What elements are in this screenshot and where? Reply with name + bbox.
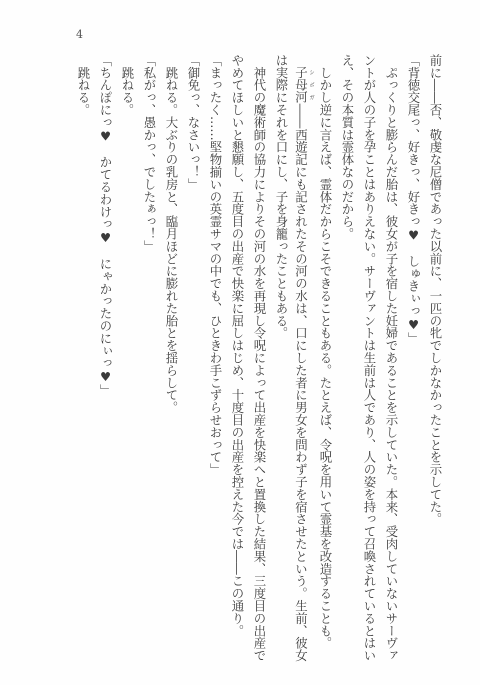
paragraph-narration: しかし逆に言えば、霊体だからこそできることもある。たとえば、令呪を用いて霊基を改… bbox=[314, 54, 336, 679]
paragraph-narration: ぷっくりと膨らんだ胎は、彼女が子を宿した妊婦であることを示していた。本来、受肉し… bbox=[336, 54, 402, 679]
paragraph-narration: 跳ねる。大ぶりの乳房と、臨月ほどに膨れた胎とを揺らして。 bbox=[160, 54, 182, 679]
text-line: 神代の魔術師の協力によりその河の水を再現し令呪によって出産を快楽へと置換した結果… bbox=[248, 54, 270, 679]
text-line: 「私がっ、愚かっ、でしたぁっ！」 bbox=[138, 54, 160, 679]
ruby-term: 子母河シボガ bbox=[294, 66, 309, 103]
text-line: 跳ねる。 bbox=[72, 54, 94, 679]
vertical-text-body: 前に――否、敬虔な尼僧であった以前に、一匹の牝でしかなかったことを示してた。 「… bbox=[72, 54, 446, 679]
paragraph-narration: 神代の魔術師の協力によりその河の水を再現し令呪によって出産を快楽へと置換した結果… bbox=[226, 54, 270, 679]
text-line: 「御免っ、なさいっ！」 bbox=[182, 54, 204, 679]
text-line: 「まったく……堅物揃いの英霊サマの中でも、ひときわ手こずらせおって」 bbox=[204, 54, 226, 679]
text-line: 前に――否、敬虔な尼僧であった以前に、一匹の牝でしかなかったことを示してた。 bbox=[424, 54, 446, 679]
paragraph-narration: 子母河シボガ――西遊記にも記されたその河の水は、口にした者に男女を問わず子を宿さ… bbox=[270, 54, 314, 679]
paragraph-narration: 跳ねる。 bbox=[116, 54, 138, 679]
paragraph-dialogue: 「私がっ、愚かっ、でしたぁっ！」 bbox=[138, 54, 160, 679]
text-line: 「背徳交尾っ、好きっ、好きっ♥ しゅきぃっ♥」 bbox=[402, 54, 424, 679]
text-line: しかし逆に言えば、霊体だからこそできることもある。たとえば、令呪を用いて霊基を改… bbox=[314, 54, 336, 679]
text-line: 「ちんぽにっ♥ かてるわけっ♥ にゃかったのにぃっ♥」 bbox=[94, 54, 116, 679]
ruby-base: 子母河 bbox=[294, 66, 309, 103]
paragraph-narration: 前に――否、敬虔な尼僧であった以前に、一匹の牝でしかなかったことを示してた。 bbox=[424, 54, 446, 679]
paragraph-dialogue: 「背徳交尾っ、好きっ、好きっ♥ しゅきぃっ♥」 bbox=[402, 54, 424, 679]
text-line: ぷっくりと膨らんだ胎は、彼女が子を宿した妊婦であることを示していた。本来、受肉し… bbox=[380, 54, 402, 679]
text-line: やめてほしいと懇願し、五度目の出産で快楽に屈しはじめ、十度目の出産を控えた今では… bbox=[226, 54, 248, 679]
paragraph-dialogue: 「御免っ、なさいっ！」 bbox=[182, 54, 204, 679]
paragraph-dialogue: 「ちんぽにっ♥ かてるわけっ♥ にゃかったのにぃっ♥」 bbox=[94, 54, 116, 679]
text-line: え、その本質は霊体なのだから。 bbox=[336, 54, 358, 679]
text-line-with-ruby: 子母河シボガ――西遊記にも記されたその河の水は、口にした者に男女を問わず子を宿さ… bbox=[292, 54, 314, 679]
paragraph-narration: 跳ねる。 bbox=[72, 54, 94, 679]
text-line: 跳ねる。大ぶりの乳房と、臨月ほどに膨れた胎とを揺らして。 bbox=[160, 54, 182, 679]
paragraph-dialogue: 「まったく……堅物揃いの英霊サマの中でも、ひときわ手こずらせおって」 bbox=[204, 54, 226, 679]
text-line: ントが人の子を孕ことはありえない。サーヴァントは生前は人であり、人の姿を持って召… bbox=[358, 54, 380, 679]
page-number: 4 bbox=[76, 28, 83, 42]
document-page: 4 前に――否、敬虔な尼僧であった以前に、一匹の牝でしかなかったことを示してた。… bbox=[0, 0, 480, 685]
text-line: 跳ねる。 bbox=[116, 54, 138, 679]
ruby-reading: シボガ bbox=[308, 66, 314, 103]
line-text: ――西遊記にも記されたその河の水は、口にした者に男女を問わず子を宿させたという。… bbox=[294, 104, 309, 662]
text-line: は実際にそれを口にし、子を身籠ったこともある。 bbox=[270, 54, 292, 679]
paragraph-indent bbox=[294, 54, 309, 66]
